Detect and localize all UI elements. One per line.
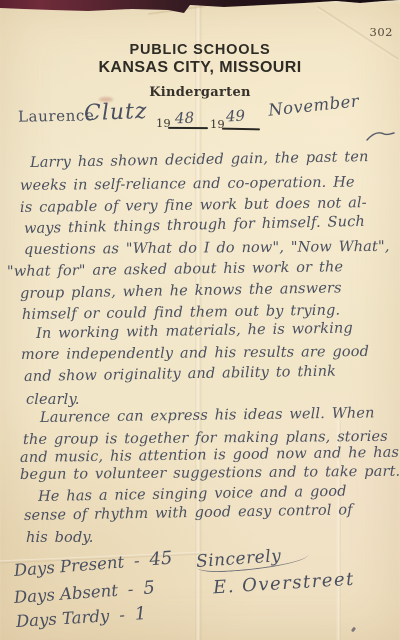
stat-dash: -: [133, 551, 140, 570]
handwritten-line: In working with materials, he is working: [36, 318, 353, 344]
stat-label: Days Present: [13, 552, 124, 580]
handwritten-line: Larry has shown decided gain, the past t…: [30, 147, 369, 173]
year2-handwritten: 49: [226, 107, 246, 126]
stat-row-days-present: Days Present - 45: [13, 548, 173, 581]
stat-row-days-tardy: Days Tardy - 1: [15, 603, 147, 632]
page-number: 302: [370, 25, 393, 39]
document-photo: 302 PUBLIC SCHOOLS KANSAS CITY, MISSOURI…: [0, 0, 400, 640]
handwritten-line: Laurence can express his ideas well. Whe…: [40, 403, 375, 428]
year2-blank-underline: [222, 128, 260, 131]
stat-label: Days Absent: [13, 581, 118, 607]
year1-blank-underline: [168, 127, 208, 129]
school-header: PUBLIC SCHOOLS KANSAS CITY, MISSOURI: [0, 42, 400, 77]
stat-value: 1: [134, 603, 147, 625]
signature: E. Overstreet: [212, 569, 355, 599]
handwritten-line: weeks in self-reliance and co-operation.…: [20, 172, 355, 196]
handwritten-line: group plans, when he knows the answers: [20, 278, 342, 304]
ink-dot: [351, 627, 356, 633]
stat-value: 45: [149, 548, 173, 571]
handwritten-line: and show originality and ability to thin…: [24, 362, 336, 387]
school-city: KANSAS CITY, MISSOURI: [0, 59, 400, 77]
stat-value: 5: [143, 577, 156, 599]
student-last-name: Clutz: [84, 99, 148, 126]
handwritten-line: his body.: [26, 528, 94, 548]
year1-handwritten: 48: [175, 109, 195, 128]
stat-dash: -: [119, 605, 126, 624]
report-card-page: 302 PUBLIC SCHOOLS KANSAS CITY, MISSOURI…: [0, 0, 400, 640]
school-name: PUBLIC SCHOOLS: [0, 42, 400, 58]
stat-dash: -: [127, 580, 134, 599]
stat-label: Days Tardy: [15, 606, 109, 631]
ink-smudge: [99, 97, 113, 102]
stray-ink-mark: [365, 129, 397, 144]
